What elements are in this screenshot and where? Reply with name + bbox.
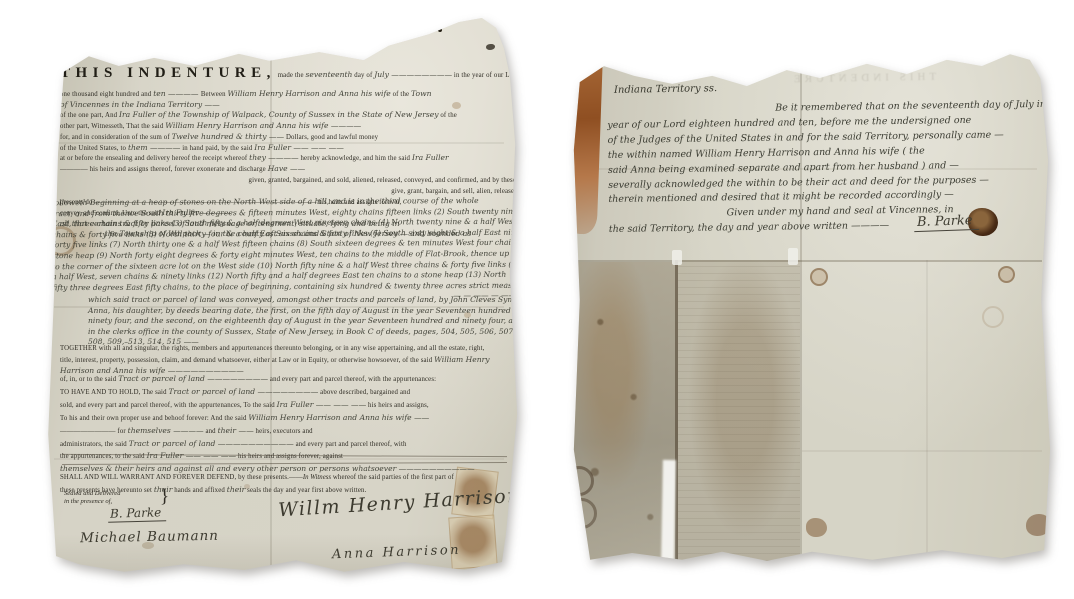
printed-text: one thousand eight hundred and bbox=[60, 91, 153, 98]
printed-text: and every part and parcel thereof, with … bbox=[268, 376, 436, 383]
printed-text: Between bbox=[201, 91, 228, 98]
handwritten-text: July ———————— bbox=[374, 70, 452, 79]
printed-text: at or before the ensealing and delivery … bbox=[60, 155, 249, 162]
handwritten-text: Town bbox=[411, 89, 431, 98]
printed-text: in hand paid, by the said bbox=[180, 145, 254, 152]
printed-text: seals the day and year first above writt… bbox=[245, 487, 366, 494]
printed-text: his heirs and assigns, bbox=[366, 402, 429, 409]
deed-habendum-clause-text: of, in, or to the said Tract or parcel o… bbox=[60, 372, 516, 474]
text-line: which said tract or parcel of land was c… bbox=[88, 294, 516, 305]
handwritten-text: William Henry bbox=[434, 355, 489, 364]
text-line: SHALL AND WILL WARRANT AND FOREVER DEFEN… bbox=[60, 470, 516, 483]
tape-repair bbox=[788, 248, 798, 265]
text-line: TO HAVE AND TO HOLD, The said Tract or p… bbox=[60, 385, 516, 398]
stain-patch bbox=[570, 46, 583, 68]
witness-attestation-line: Sealed and Delivered bbox=[64, 490, 121, 498]
printed-text: of the one part, And bbox=[60, 112, 119, 119]
text-line: ———— his heirs and assigns thereof, fore… bbox=[60, 163, 516, 174]
text-line: To his and their own proper use and beho… bbox=[60, 411, 516, 424]
text-line: ninety four, and the second, on the eigh… bbox=[88, 315, 516, 326]
ink-blot bbox=[638, 29, 642, 32]
acknowledgment-heading: Indiana Territory ss. bbox=[614, 83, 717, 96]
ink-blot bbox=[620, 24, 627, 30]
text-line: one thousand eight hundred and ten ———— … bbox=[60, 88, 516, 99]
text-line: of Vincennes in the Indiana Territory —— bbox=[60, 99, 516, 109]
deed-metes-and-bounds-text: followeth Beginning at a heap of stones … bbox=[52, 195, 517, 303]
ink-ring-stain bbox=[566, 498, 597, 529]
seal-stain bbox=[998, 266, 1015, 283]
signature-b-parke-verso: B. Parke bbox=[914, 213, 979, 232]
printed-text: administrators, the said bbox=[60, 441, 129, 448]
handwritten-text: them ———— bbox=[128, 143, 180, 152]
text-line: ———————— for themselves ———— and their —… bbox=[60, 424, 516, 437]
indenture-front-page: THIS INDENTURE, made the seventeenth day… bbox=[34, 14, 524, 592]
text-line: of, in, or to the said Tract or parcel o… bbox=[60, 372, 516, 385]
ink-blot bbox=[422, 18, 438, 29]
printed-text: in the year of our Lord bbox=[452, 72, 519, 79]
handwritten-text: William Henry Harrison and Anna his wife bbox=[228, 89, 391, 98]
printed-text: of the United States, to bbox=[60, 145, 128, 152]
white-repair-strip bbox=[661, 460, 676, 564]
handwritten-text: Have —— bbox=[268, 164, 306, 173]
signature-michael-baumann: Michael Baumann bbox=[80, 528, 219, 546]
printed-text: ———— his heirs and assigns thereof, fore… bbox=[60, 166, 268, 173]
ink-ring-stain bbox=[564, 466, 594, 496]
handwritten-text: they ———— bbox=[249, 153, 299, 162]
fold-line bbox=[572, 260, 1042, 262]
printed-text: for, and in consideration of the sum of bbox=[60, 134, 172, 141]
wax-seal-mark bbox=[1026, 514, 1051, 536]
printed-text: heirs, executors and bbox=[254, 428, 313, 435]
printed-text: and every part and parcel thereof, with bbox=[294, 441, 407, 448]
handwritten-text: their bbox=[227, 485, 246, 494]
printed-text: ———————— for bbox=[60, 428, 128, 435]
tape-repair bbox=[672, 250, 682, 265]
printed-text: and bbox=[204, 428, 218, 435]
handwritten-text: Anna, his daughter, by deeds bearing dat… bbox=[88, 306, 537, 315]
printed-text: above described, bargained and bbox=[318, 389, 410, 396]
handwritten-text: Tract or parcel of land ———————— bbox=[118, 374, 268, 383]
printed-text: of the bbox=[391, 91, 411, 98]
text-line: title, interest, property, possession, c… bbox=[60, 354, 516, 366]
handwritten-text: William Henry Harrison and Anna his wife… bbox=[248, 413, 429, 422]
deed-paper: THIS INDENTURE, made the seventeenth day… bbox=[34, 14, 524, 592]
handwritten-text: their —— bbox=[218, 426, 254, 435]
printed-text: Dollars, good and lawful money bbox=[284, 134, 378, 141]
photo-canvas: THIS INDENTURE, made the seventeenth day… bbox=[0, 0, 1074, 599]
deed-together-clause-text: TOGETHER with all and singular, the righ… bbox=[60, 342, 516, 376]
deed-paper-verso: THIS INDENTURE Indiana Territory ss. Be … bbox=[562, 20, 1056, 590]
printed-text: To his and their own proper use and beho… bbox=[60, 415, 248, 422]
printed-text: made the bbox=[276, 72, 306, 79]
handwritten-text: Ira Fuller —— —— —— bbox=[254, 143, 344, 152]
printed-text: whereof the said parties of the first pa… bbox=[331, 474, 454, 481]
text-line: of the one part, And Ira Fuller of the T… bbox=[60, 109, 516, 120]
printed-text: title, interest, property, possession, c… bbox=[60, 357, 434, 364]
handwritten-text: in the clerks office in the county of Su… bbox=[88, 327, 533, 336]
handwritten-text: Ira Fuller —— —— —— bbox=[277, 400, 367, 409]
handwritten-text: Ira Fuller bbox=[412, 153, 449, 162]
fold-seam bbox=[675, 260, 678, 563]
handwritten-text: Tract or parcel of land ———————— bbox=[168, 387, 318, 396]
printed-text: TO HAVE AND TO HOLD, The said bbox=[60, 389, 168, 396]
handwritten-text: which said tract or parcel of land was c… bbox=[88, 295, 583, 304]
printed-text: TOGETHER with all and singular, the righ… bbox=[60, 345, 485, 352]
handwritten-text: Ira Fuller —— —— —— bbox=[147, 451, 237, 460]
text-line: other part, Witnesseth, That the said Wi… bbox=[60, 120, 516, 131]
handwritten-text: Twelve hundred & thirty —— bbox=[172, 132, 284, 141]
ink-blot bbox=[438, 28, 442, 32]
text-line: sold, and every part and parcel thereof,… bbox=[60, 398, 516, 411]
document-title: THIS INDENTURE, bbox=[60, 65, 276, 81]
wax-seal-mark bbox=[806, 518, 827, 537]
text-line: of the United States, to them ———— in ha… bbox=[60, 142, 516, 153]
signature-b-parke: B. Parke bbox=[108, 505, 167, 523]
handwritten-text: seventeenth bbox=[306, 70, 353, 79]
printed-text: hereby acknowledge, and him the said bbox=[299, 155, 412, 162]
text-line: for, and in consideration of the sum of … bbox=[60, 131, 516, 142]
handwritten-text: ninety four, and the second, on the eigh… bbox=[88, 316, 570, 325]
printed-text: other part, Witnesseth, That the said bbox=[60, 123, 165, 130]
printed-text: day of bbox=[352, 72, 374, 79]
handwritten-text: Tract or parcel of land —————————— bbox=[129, 439, 294, 448]
stained-panel bbox=[678, 260, 800, 563]
ink-blot bbox=[486, 44, 495, 50]
printed-text: hands and affixed bbox=[172, 487, 226, 494]
text-line: administrators, the said Tract or parcel… bbox=[60, 437, 516, 450]
signature-anna-harrison: Anna Harrison bbox=[332, 543, 462, 562]
fold-line bbox=[802, 450, 1042, 452]
deed-conveyance-history-text: which said tract or parcel of land was c… bbox=[88, 294, 516, 347]
text-line: THIS INDENTURE, made the seventeenth day… bbox=[60, 64, 516, 85]
show-through-title: THIS INDENTURE bbox=[790, 71, 936, 86]
handwritten-text: Be it remembered that on the seventeenth… bbox=[775, 98, 1074, 113]
indenture-back-page: THIS INDENTURE Indiana Territory ss. Be … bbox=[562, 20, 1056, 590]
rust-stain-strip bbox=[563, 41, 604, 234]
printed-text: SHALL AND WILL WARRANT AND FOREVER DEFEN… bbox=[60, 474, 303, 481]
seal-stain bbox=[982, 306, 1004, 328]
text-line: TOGETHER with all and singular, the righ… bbox=[60, 342, 516, 354]
fold-line bbox=[926, 260, 928, 563]
witness-attestation: Sealed and Delivered in the presence of, bbox=[64, 490, 121, 506]
printed-text: of the bbox=[439, 112, 457, 119]
handwritten-text: ten ———— bbox=[153, 89, 201, 98]
text-line: at or before the ensealing and delivery … bbox=[60, 152, 516, 163]
handwritten-text: of Vincennes in the Indiana Territory —— bbox=[60, 100, 220, 109]
printed-text: In Witness bbox=[303, 474, 331, 481]
printed-text: sold, and every part and parcel thereof,… bbox=[60, 402, 277, 409]
text-line: in the clerks office in the county of Su… bbox=[88, 326, 516, 337]
handwritten-text: the said Territory, the day and year abo… bbox=[609, 220, 889, 235]
printed-text: given, granted, bargained, and sold, ali… bbox=[249, 177, 516, 184]
text-line: Anna, his daughter, by deeds bearing dat… bbox=[88, 305, 516, 316]
text-line: given, granted, bargained, and sold, ali… bbox=[60, 174, 516, 185]
handwritten-text: William Henry Harrison and Anna his wife… bbox=[165, 121, 361, 130]
handwritten-text: Ira Fuller of the Township of Walpack, C… bbox=[119, 110, 438, 119]
handwritten-text: themselves ———— bbox=[128, 426, 204, 435]
seal-stain bbox=[810, 268, 828, 286]
printed-text: of, in, or to the said bbox=[60, 376, 118, 383]
witness-attestation-line: in the presence of, bbox=[64, 498, 121, 506]
